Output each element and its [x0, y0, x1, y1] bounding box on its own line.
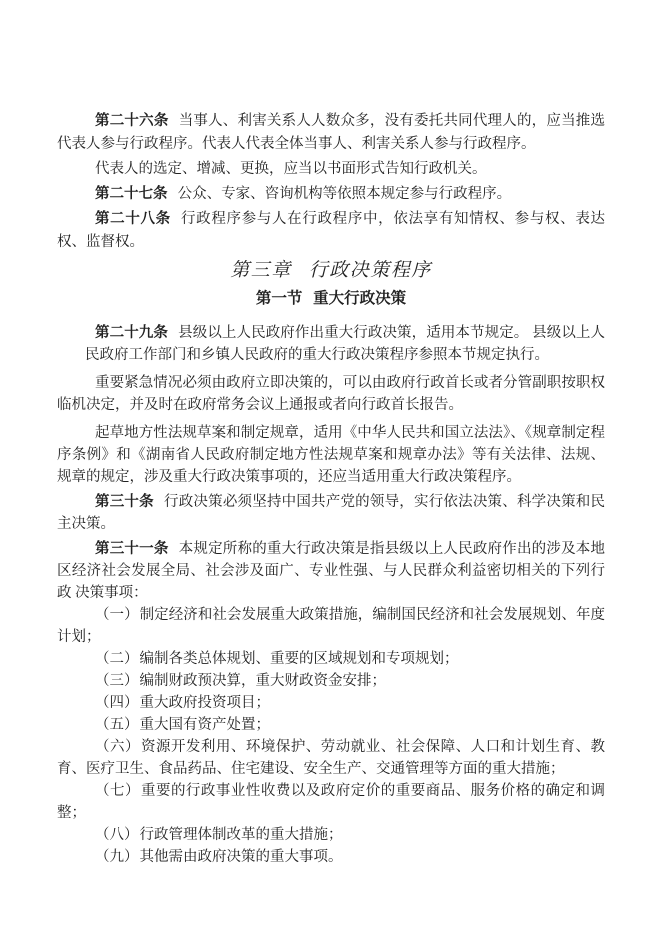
article-26-paragraph: 第二十六条当事人、利害关系人人数众多，没有委托共同代理人的，应当推选代表人参与行…: [57, 110, 605, 156]
page-content: 第二十六条当事人、利害关系人人数众多，没有委托共同代理人的，应当推选代表人参与行…: [57, 0, 605, 868]
articles-29-31-block: 第二十九条县级以上人民政府作出重大行政决策，适用本节规定。 县级以上人民政府工作…: [57, 322, 605, 868]
list-item-9-text: 其他需由政府决策的重大事项。: [140, 849, 343, 865]
chapter-heading: 第三章行政决策程序: [57, 256, 605, 284]
list-item-5: （五）重大国有资产处置；: [57, 714, 605, 736]
article-26-number: 第二十六条: [95, 113, 169, 129]
article-28-number: 第二十八条: [95, 211, 171, 227]
article-26-subparagraph: 代表人的选定、增减、更换，应当以书面形式告知行政机关。: [57, 158, 605, 181]
list-item-1: （一）制定经济和社会发展重大政策措施，编制国民经济和社会发展规划、年度计划；: [57, 604, 605, 648]
list-item-2: （二）编制各类总体规划、重要的区域规划和专项规划；: [57, 648, 605, 670]
list-item-8-marker: （八）: [95, 827, 139, 843]
article-29-paragraph: 第二十九条县级以上人民政府作出重大行政决策，适用本节规定。 县级以上人民政府工作…: [57, 322, 605, 366]
section-heading: 第一节重大行政决策: [57, 288, 605, 310]
list-item-1-text: 制定经济和社会发展重大政策措施，编制国民经济和社会发展规划、年度计划；: [57, 607, 605, 645]
list-item-6-marker: （六）: [95, 739, 140, 755]
article-29-number: 第二十九条: [95, 325, 168, 341]
list-item-9-marker: （九）: [95, 849, 139, 865]
list-item-5-marker: （五）: [95, 717, 139, 733]
article-29-subparagraph-legislation: 起草地方性法规草案和制定规章，适用《中华人民共和国立法法》、《规章制定程序条例》…: [57, 422, 605, 488]
list-item-2-marker: （二）: [95, 651, 139, 667]
articles-26-28-block: 第二十六条当事人、利害关系人人数众多，没有委托共同代理人的，应当推选代表人参与行…: [57, 110, 605, 254]
section-number: 第一节: [256, 290, 303, 307]
legislation-text: 起草地方性法规草案和制定规章，适用《中华人民共和国立法法》、《规章制定程序条例》…: [57, 425, 605, 485]
article-31-number: 第三十一条: [95, 541, 169, 557]
list-item-8-text: 行政管理体制改革的重大措施；: [140, 827, 343, 843]
list-item-2-text: 编制各类总体规划、重要的区域规划和专项规划；: [140, 651, 459, 667]
article-27-paragraph: 第二十七条公众、专家、咨询机构等依照本规定参与行政程序。: [57, 183, 605, 206]
document-page: 第二十六条当事人、利害关系人人数众多，没有委托共同代理人的，应当推选代表人参与行…: [0, 0, 664, 929]
list-item-8: （八）行政管理体制改革的重大措施；: [57, 824, 605, 846]
article-27-text: 公众、专家、咨询机构等依照本规定参与行政程序。: [178, 186, 512, 202]
list-item-3-marker: （三）: [95, 673, 139, 689]
article-28-paragraph: 第二十八条行政程序参与人在行政程序中，依法享有知情权、参与权、表达权、监督权。: [57, 208, 605, 254]
article-30-paragraph: 第三十条行政决策必须坚持中国共产党的领导，实行依法决策、科学决策和民主决策。: [57, 491, 605, 535]
list-item-4-text: 重大政府投资项目；: [140, 695, 271, 711]
list-item-1-marker: （一）: [95, 607, 139, 623]
chapter-title: 行政决策程序: [309, 259, 432, 281]
article-30-number: 第三十条: [95, 494, 154, 510]
article-29-subparagraph-urgent: 重要紧急情况必须由政府立即决策的，可以由政府行政首长或者分管副职按职权临机决定，…: [57, 372, 605, 416]
article-26-sub-text: 代表人的选定、增减、更换，应当以书面形式告知行政机关。: [95, 161, 487, 177]
list-item-3-text: 编制财政预决算，重大财政资金安排；: [140, 673, 387, 689]
chapter-number: 第三章: [230, 259, 292, 281]
section-title: 重大行政决策: [313, 290, 406, 307]
list-item-7-marker: （七）: [95, 783, 140, 799]
list-item-6: （六）资源开发利用、环境保护、劳动就业、社会保障、人口和计划生育、教育、医疗卫生…: [57, 736, 605, 780]
list-item-5-text: 重大国有资产处置；: [140, 717, 271, 733]
list-item-3: （三）编制财政预决算，重大财政资金安排；: [57, 670, 605, 692]
article-31-paragraph: 第三十一条本规定所称的重大行政决策是指县级以上人民政府作出的涉及本地区经济社会发…: [57, 538, 605, 604]
urgent-decision-text: 重要紧急情况必须由政府立即决策的，可以由政府行政首长或者分管副职按职权临机决定，…: [57, 375, 605, 413]
list-item-4-marker: （四）: [95, 695, 139, 711]
list-item-7: （七）重要的行政事业性收费以及政府定价的重要商品、服务价格的确定和调整；: [57, 780, 605, 824]
list-item-9: （九）其他需由政府决策的重大事项。: [57, 846, 605, 868]
article-27-number: 第二十七条: [95, 186, 168, 202]
list-item-4: （四）重大政府投资项目；: [57, 692, 605, 714]
